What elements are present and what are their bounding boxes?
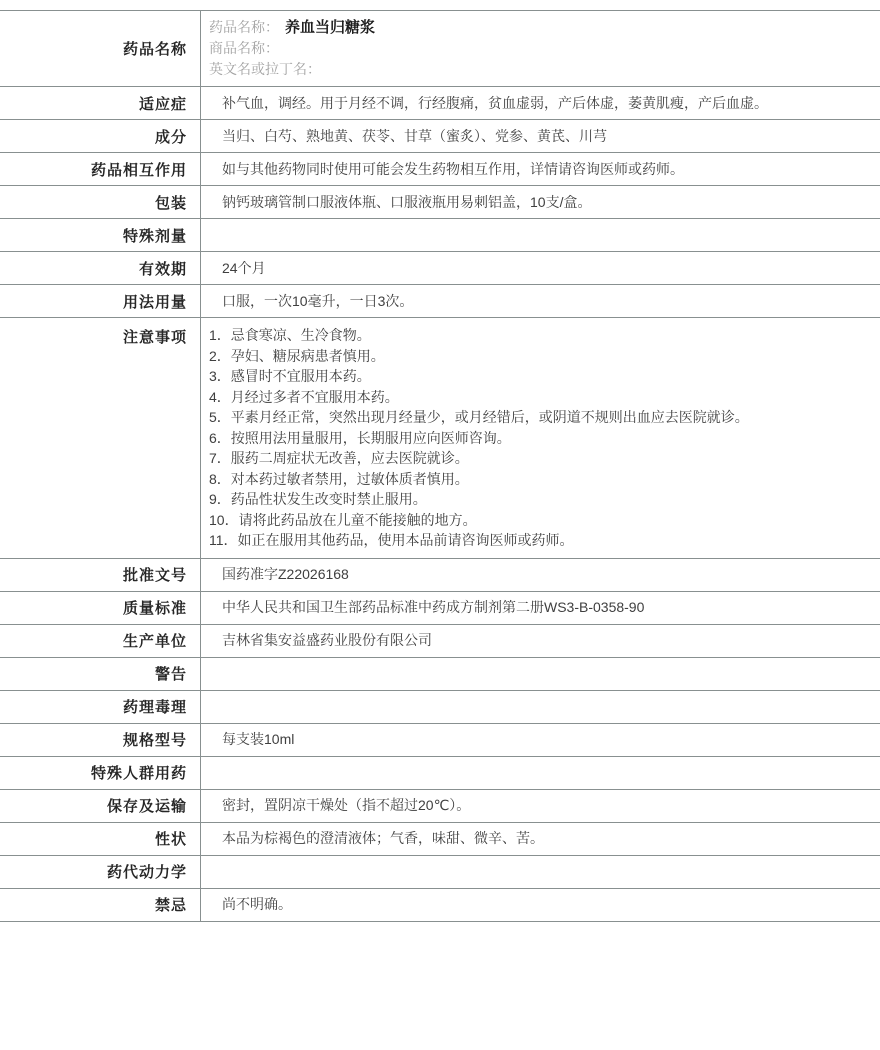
name-field-value [279, 40, 285, 57]
row-label: 药品相互作用 [0, 153, 201, 185]
row-label: 药理毒理 [0, 691, 201, 723]
row-content-text: 国药准字Z22026168 [209, 564, 868, 585]
row-content: 口服，一次10毫升，一日3次。 [201, 285, 880, 317]
row-label: 注意事项 [0, 318, 201, 558]
table-row: 禁忌 尚不明确。 [0, 889, 880, 922]
table-row: 包装 钠钙玻璃管制口服液体瓶、口服液瓶用易刺铝盖，10支/盒。 [0, 186, 880, 219]
table-row: 特殊人群用药 [0, 757, 880, 790]
row-label: 批准文号 [0, 559, 201, 591]
table-row: 规格型号 每支装10ml [0, 724, 880, 757]
row-content: 1．忌食寒凉、生冷食物。2．孕妇、糖尿病患者慎用。3．感冒时不宜服用本药。4．月… [201, 318, 880, 558]
row-content: 每支装10ml [201, 724, 880, 756]
name-field-label: 商品名称： [209, 40, 279, 56]
row-content-text: 密封，置阴凉干燥处（指不超过20℃）。 [209, 795, 868, 816]
table-row: 生产单位 吉林省集安益盛药业股份有限公司 [0, 625, 880, 658]
drug-info-table: 药品名称 药品名称：养血当归糖浆商品名称：英文名或拉丁名： 适应症 补气血，调经… [0, 10, 880, 922]
row-label: 用法用量 [0, 285, 201, 317]
name-field-line: 药品名称：养血当归糖浆 [209, 17, 868, 38]
row-label: 特殊人群用药 [0, 757, 201, 789]
row-label: 特殊剂量 [0, 219, 201, 251]
row-label: 成分 [0, 120, 201, 152]
row-content-text: 每支装10ml [209, 729, 868, 750]
table-row: 保存及运输 密封，置阴凉干燥处（指不超过20℃）。 [0, 790, 880, 823]
precaution-item: 3．感冒时不宜服用本药。 [209, 366, 868, 387]
precaution-item: 4．月经过多者不宜服用本药。 [209, 387, 868, 408]
row-label: 性状 [0, 823, 201, 855]
row-content-text: 当归、白芍、熟地黄、茯苓、甘草（蜜炙）、党参、黄芪、川芎 [209, 126, 868, 147]
row-content-text: 钠钙玻璃管制口服液体瓶、口服液瓶用易刺铝盖，10支/盒。 [209, 192, 868, 213]
row-label: 有效期 [0, 252, 201, 284]
row-label: 适应症 [0, 87, 201, 119]
row-label: 警告 [0, 658, 201, 690]
table-row: 药代动力学 [0, 856, 880, 889]
table-row: 成分 当归、白芍、熟地黄、茯苓、甘草（蜜炙）、党参、黄芪、川芎 [0, 120, 880, 153]
precaution-item: 10．请将此药品放在儿童不能接触的地方。 [209, 510, 868, 531]
table-row: 警告 [0, 658, 880, 691]
table-row: 药品名称 药品名称：养血当归糖浆商品名称：英文名或拉丁名： [0, 11, 880, 87]
row-content-text: 中华人民共和国卫生部药品标准中药成方制剂第二册WS3-B-0358-90 [209, 597, 868, 618]
precaution-item: 1．忌食寒凉、生冷食物。 [209, 325, 868, 346]
table-row: 质量标准 中华人民共和国卫生部药品标准中药成方制剂第二册WS3-B-0358-9… [0, 592, 880, 625]
table-row: 用法用量 口服，一次10毫升，一日3次。 [0, 285, 880, 318]
precaution-item: 6．按照用法用量服用，长期服用应向医师咨询。 [209, 428, 868, 449]
row-content: 钠钙玻璃管制口服液体瓶、口服液瓶用易刺铝盖，10支/盒。 [201, 186, 880, 218]
row-label: 规格型号 [0, 724, 201, 756]
row-content-text: 补气血，调经。用于月经不调，行经腹痛，贫血虚弱，产后体虚，萎黄肌瘦，产后血虚。 [209, 93, 868, 114]
row-content-text: 口服，一次10毫升，一日3次。 [209, 291, 868, 312]
name-field-label: 英文名或拉丁名： [209, 61, 321, 77]
row-content: 药品名称：养血当归糖浆商品名称：英文名或拉丁名： [201, 11, 880, 86]
row-content: 24个月 [201, 252, 880, 284]
row-content: 密封，置阴凉干燥处（指不超过20℃）。 [201, 790, 880, 822]
row-content [201, 856, 880, 888]
row-content: 如与其他药物同时使用可能会发生药物相互作用，详情请咨询医师或药师。 [201, 153, 880, 185]
row-content: 吉林省集安益盛药业股份有限公司 [201, 625, 880, 657]
row-label: 禁忌 [0, 889, 201, 921]
drug-detail-page: 药品名称 药品名称：养血当归糖浆商品名称：英文名或拉丁名： 适应症 补气血，调经… [0, 0, 880, 1050]
row-content [201, 219, 880, 251]
precaution-item: 8．对本药过敏者禁用，过敏体质者慎用。 [209, 469, 868, 490]
row-content: 补气血，调经。用于月经不调，行经腹痛，贫血虚弱，产后体虚，萎黄肌瘦，产后血虚。 [201, 87, 880, 119]
table-row: 药理毒理 [0, 691, 880, 724]
row-label: 质量标准 [0, 592, 201, 624]
name-field-line: 英文名或拉丁名： [209, 59, 868, 80]
row-label: 药代动力学 [0, 856, 201, 888]
row-content [201, 757, 880, 789]
row-label: 包装 [0, 186, 201, 218]
name-field-line: 商品名称： [209, 38, 868, 59]
name-field-value [321, 61, 327, 78]
row-content-text: 尚不明确。 [209, 894, 868, 915]
precaution-item: 11．如正在服用其他药品，使用本品前请咨询医师或药师。 [209, 530, 868, 551]
table-row: 注意事项 1．忌食寒凉、生冷食物。2．孕妇、糖尿病患者慎用。3．感冒时不宜服用本… [0, 318, 880, 559]
table-row: 性状 本品为棕褐色的澄清液体；气香，味甜、微辛、苦。 [0, 823, 880, 856]
row-content-text: 24个月 [209, 258, 868, 279]
name-field-value: 养血当归糖浆 [279, 19, 375, 36]
row-content: 本品为棕褐色的澄清液体；气香，味甜、微辛、苦。 [201, 823, 880, 855]
table-row: 药品相互作用 如与其他药物同时使用可能会发生药物相互作用，详情请咨询医师或药师。 [0, 153, 880, 186]
table-row: 批准文号 国药准字Z22026168 [0, 559, 880, 592]
table-row: 有效期 24个月 [0, 252, 880, 285]
row-content-text: 吉林省集安益盛药业股份有限公司 [209, 630, 868, 651]
row-content [201, 658, 880, 690]
row-content-text: 本品为棕褐色的澄清液体；气香，味甜、微辛、苦。 [209, 828, 868, 849]
table-row: 特殊剂量 [0, 219, 880, 252]
row-label: 保存及运输 [0, 790, 201, 822]
name-field-label: 药品名称： [209, 19, 279, 35]
row-label: 生产单位 [0, 625, 201, 657]
precaution-item: 7．服药二周症状无改善，应去医院就诊。 [209, 448, 868, 469]
precaution-item: 2．孕妇、糖尿病患者慎用。 [209, 346, 868, 367]
table-row: 适应症 补气血，调经。用于月经不调，行经腹痛，贫血虚弱，产后体虚，萎黄肌瘦，产后… [0, 87, 880, 120]
row-content: 国药准字Z22026168 [201, 559, 880, 591]
row-content-text: 如与其他药物同时使用可能会发生药物相互作用，详情请咨询医师或药师。 [209, 159, 868, 180]
row-content [201, 691, 880, 723]
row-content: 中华人民共和国卫生部药品标准中药成方制剂第二册WS3-B-0358-90 [201, 592, 880, 624]
row-content: 尚不明确。 [201, 889, 880, 921]
precaution-item: 5．平素月经正常，突然出现月经量少，或月经错后，或阴道不规则出血应去医院就诊。 [209, 407, 868, 428]
precaution-item: 9．药品性状发生改变时禁止服用。 [209, 489, 868, 510]
row-content: 当归、白芍、熟地黄、茯苓、甘草（蜜炙）、党参、黄芪、川芎 [201, 120, 880, 152]
row-label: 药品名称 [0, 11, 201, 86]
